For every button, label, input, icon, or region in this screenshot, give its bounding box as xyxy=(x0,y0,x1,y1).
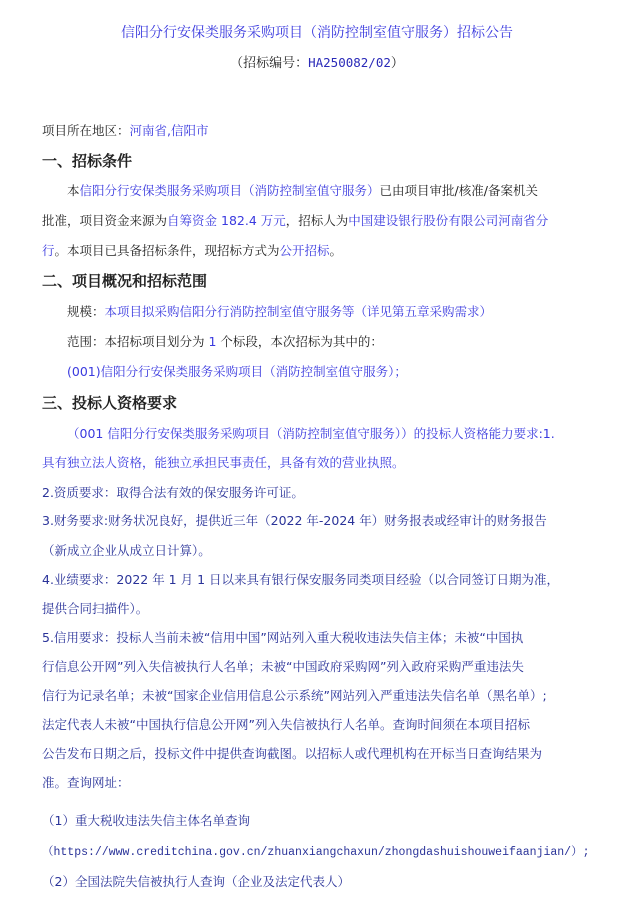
section-heading-project-overview: 二、项目概况和招标范围 xyxy=(42,273,207,289)
project-range: 范围：本招标项目划分为 1 个标段，本次招标为其中的： xyxy=(67,334,383,350)
qualification-item-3-line-1: 3.财务要求:财务状况良好，提供近三年（2022 年-2024 年）财务报表或经… xyxy=(42,513,547,529)
qualification-item-5-line-2: 行信息公开网”列入失信被执行人名单；未被“中国政府采购网”列入政府采购严重违法失 xyxy=(42,659,524,675)
qualification-intro-line-2: 具有独立法人资格，能独立承担民事责任，具备有效的营业执照。 xyxy=(42,455,405,471)
qualification-item-5-line-6: 准。查询网址： xyxy=(42,775,130,791)
query-2-label: （2）全国法院失信被执行人查询（企业及法定代表人） xyxy=(42,874,350,890)
text: 批准，项目资金来源为 xyxy=(42,213,167,228)
qualification-item-4-line-1: 4.业绩要求：2022 年 1 月 1 日以来具有银行保安服务同类项目经验（以合… xyxy=(42,572,559,588)
tender-code: HA250082/02 xyxy=(308,55,391,70)
scale-label: 规模： xyxy=(67,304,105,319)
qualification-item-4-line-2: 提供合同扫描件）。 xyxy=(42,601,148,617)
project-scale: 规模：本项目拟采购信阳分行消防控制室值守服务等（详见第五章采购需求） xyxy=(67,304,492,320)
funding-source: 自筹资金 182.4 万元 xyxy=(167,213,286,228)
tender-conditions-line-3: 行。本项目已具备招标条件，现招标方式为公开招标。 xyxy=(42,243,342,259)
text: 。 xyxy=(330,243,343,258)
section-heading-bidder-qualifications: 三、投标人资格要求 xyxy=(42,395,177,411)
qualification-item-5-line-4: 法定代表人未被“中国执行信息公开网”列入失信被执行人名单。查询时间须在本项目招标 xyxy=(42,717,530,733)
text: ，招标人为 xyxy=(286,213,349,228)
tender-conditions-line-2: 批准，项目资金来源为自筹资金 182.4 万元，招标人为中国建设银行股份有限公司… xyxy=(42,213,548,229)
qualification-item-5-line-3: 信行为记录名单；未被“国家企业信用信息公示系统”网站列入严重违法失信名单（黑名单… xyxy=(42,688,547,704)
tenderer-name-end: 行 xyxy=(42,243,55,258)
location-value: 河南省,信阳市 xyxy=(130,123,209,138)
section-heading-tender-conditions: 一、招标条件 xyxy=(42,153,132,169)
text: 已由项目审批/核准/备案机关 xyxy=(380,183,538,198)
tender-number-suffix: ） xyxy=(391,56,404,71)
query-1-label: （1）重大税收违法失信主体名单查询 xyxy=(42,813,250,829)
tender-method: 公开招标 xyxy=(280,243,330,258)
project-name: 信阳分行安保类服务采购项目（消防控制室值守服务） xyxy=(80,183,380,198)
text: 。本项目已具备招标条件，现招标方式为 xyxy=(55,243,280,258)
document-title: 信阳分行安保类服务采购项目（消防控制室值守服务）招标公告 xyxy=(0,25,634,41)
qualification-item-5-line-5: 公告发布日期之后，投标文件中提供查询截图。以招标人或代理机构在开标当日查询结果为 xyxy=(42,746,542,762)
qualification-intro-line-1: （001 信阳分行安保类服务采购项目（消防控制室值守服务））的投标人资格能力要求… xyxy=(67,426,555,442)
project-location: 项目所在地区：河南省,信阳市 xyxy=(42,123,209,139)
tender-conditions-line-1: 本信阳分行安保类服务采购项目（消防控制室值守服务）已由项目审批/核准/备案机关 xyxy=(67,183,538,199)
lot-item: (001)信阳分行安保类服务采购项目（消防控制室值守服务）； xyxy=(67,364,407,380)
location-label: 项目所在地区： xyxy=(42,123,130,138)
qualification-item-3-line-2: （新成立企业从成立日计算）。 xyxy=(42,543,211,559)
query-1-url[interactable]: （https://www.creditchina.gov.cn/zhuanxia… xyxy=(42,845,590,861)
qualification-item-5-line-1: 5.信用要求：投标人当前未被“信用中国”网站列入重大税收违法失信主体；未被“中国… xyxy=(42,630,523,646)
tenderer-name: 中国建设银行股份有限公司河南省分 xyxy=(348,213,548,228)
text: 个标段，本次招标为其中的： xyxy=(216,334,382,349)
qualification-item-2: 2.资质要求：取得合法有效的保安服务许可证。 xyxy=(42,485,304,501)
text: 范围：本招标项目划分为 xyxy=(67,334,208,349)
tender-number-prefix: （招标编号： xyxy=(230,56,308,71)
text: 本 xyxy=(67,183,80,198)
tender-number: （招标编号：HA250082/02） xyxy=(0,55,634,72)
scale-value: 本项目拟采购信阳分行消防控制室值守服务等（详见第五章采购需求） xyxy=(105,304,493,319)
